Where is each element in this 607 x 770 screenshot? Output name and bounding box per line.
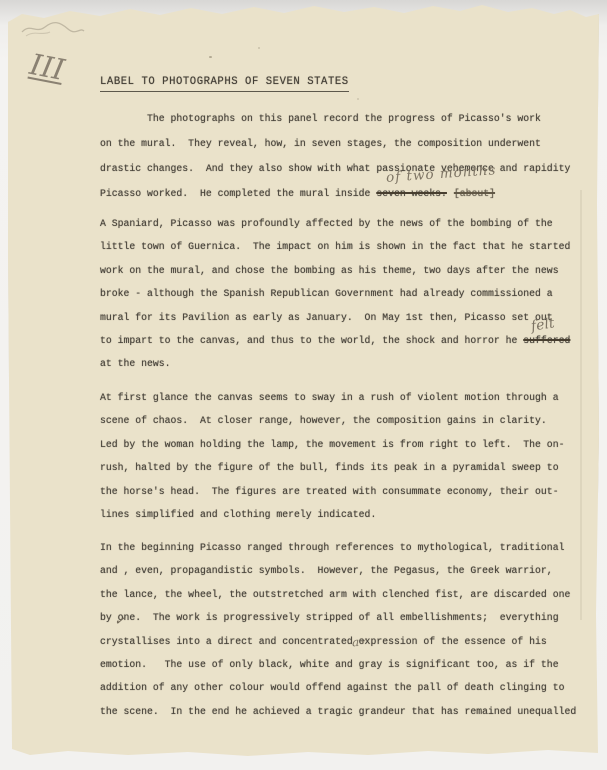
typed-line: crystallises into a direct and concentra… [100, 630, 576, 653]
document-title: LABEL TO PHOTOGRAPHS OF SEVEN STATES [100, 76, 349, 92]
typed-line: The photographs on this panel record the… [100, 106, 570, 131]
typed-line: In the beginning Picasso ranged through … [100, 536, 576, 559]
typed-line-with-correction: Picasso worked. He completed the mural i… [100, 181, 570, 206]
typed-line: scene of chaos. At closer range, however… [100, 409, 564, 432]
typed-line: Led by the woman holding the lamp, the m… [100, 433, 564, 456]
typed-line-with-correction: to impart to the canvas, and thus to the… [100, 329, 570, 352]
typed-text: to impart to the canvas, and thus to the… [100, 335, 523, 346]
typed-text: Picasso worked. He completed the mural i… [100, 188, 376, 199]
struck-text-seven-weeks: seven weeks. [376, 188, 447, 199]
paragraph-2: A Spaniard, Picasso was profoundly affec… [100, 212, 570, 376]
typed-line: work on the mural, and chose the bombing… [100, 259, 570, 282]
typed-line: drastic changes. And they also show with… [100, 156, 570, 181]
handwritten-page-number: III [27, 47, 67, 87]
typed-line: rush, halted by the figure of the bull, … [100, 456, 564, 479]
typed-line: At first glance the canvas seems to sway… [100, 386, 564, 409]
typed-line: emotion. The use of only black, white an… [100, 653, 576, 676]
scanned-document-page: III LABEL TO PHOTOGRAPHS OF SEVEN STATES… [0, 0, 607, 770]
typed-line: at the news. [100, 352, 570, 375]
typed-line: on the mural. They reveal, how, in seven… [100, 131, 570, 156]
pencil-scribble-mark [18, 18, 88, 44]
typed-line: broke - although the Spanish Republican … [100, 282, 570, 305]
paper-crease [580, 190, 582, 620]
paper-speck [209, 56, 212, 58]
struck-text-suffered: suffered [523, 335, 570, 346]
typed-line: the scene. In the end he achieved a trag… [100, 700, 576, 723]
paragraph-4: In the beginning Picasso ranged through … [100, 536, 576, 723]
typed-line: and , even, propagandistic symbols. Howe… [100, 559, 576, 582]
typed-line: the horse's head. The figures are treate… [100, 480, 564, 503]
paper-speck [258, 47, 260, 49]
paragraph-1: The photographs on this panel record the… [100, 106, 570, 206]
typed-line: the lance, the wheel, the outstretched a… [100, 583, 576, 606]
typed-line: addition of any other colour would offen… [100, 676, 576, 699]
typed-line: by one. The work is progressively stripp… [100, 606, 576, 629]
typed-line: mural for its Pavilion as early as Janua… [100, 306, 570, 329]
typed-line: A Spaniard, Picasso was profoundly affec… [100, 212, 570, 235]
typed-line: little town of Guernica. The impact on h… [100, 235, 570, 258]
typed-line: lines simplified and clothing merely ind… [100, 503, 564, 526]
paper-speck [357, 98, 359, 100]
struck-bracket-note: [about] [454, 188, 495, 199]
paragraph-3: At first glance the canvas seems to sway… [100, 386, 564, 526]
